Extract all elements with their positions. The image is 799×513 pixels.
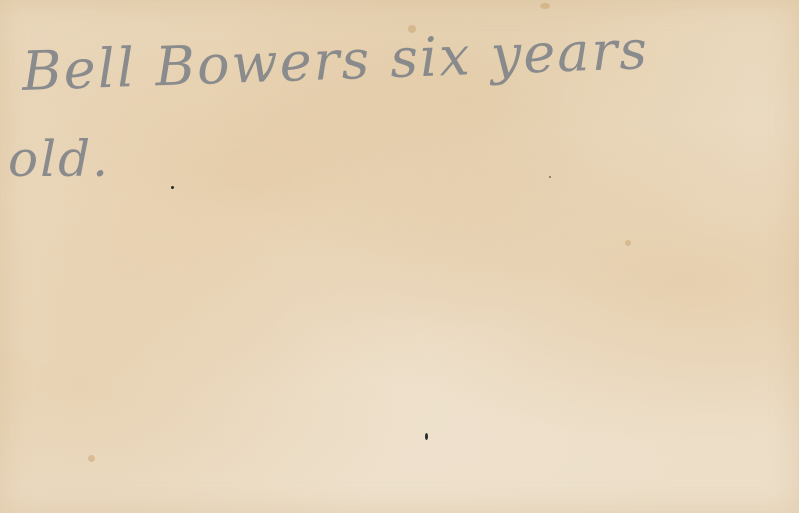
ink-speck <box>549 176 551 178</box>
inscription-line-2: old. <box>8 130 110 188</box>
inscription-line-1: Bell Bowers six years <box>21 18 650 103</box>
foxing-stain <box>540 3 550 9</box>
ink-speck <box>425 433 428 440</box>
ink-speck <box>171 186 174 189</box>
foxing-stain <box>88 455 95 462</box>
foxing-stain <box>625 240 631 246</box>
photo-card-back: Bell Bowers six years old. <box>0 0 799 513</box>
